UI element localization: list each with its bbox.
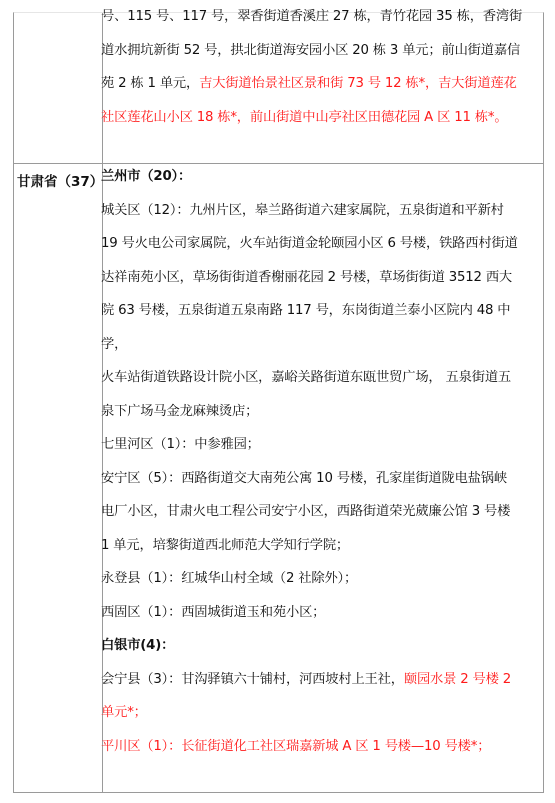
text-line: 1 单元，培黎街道西北师范大学知行学院； — [101, 529, 529, 563]
location-text: 苑 2 栋 1 单元， — [101, 76, 199, 91]
location-text: 安宁区（5）：西路街道交大南苑公寓 10 号楼，孔家崖街道陇电盐锅峡 — [101, 471, 507, 486]
city-heading: 白银市(4)： — [101, 629, 529, 663]
text-line: 七里河区（1）：中参雅园； — [101, 428, 529, 462]
text-line: 院 63 号楼，五泉街道五泉南路 117 号，东岗街道兰泰小区院内 48 中学， — [101, 294, 529, 361]
location-text: 西固区（1）：西固城街道玉和苑小区； — [101, 605, 325, 620]
text-line: 永登县（1）：红城华山村全域（2 社除外）； — [101, 562, 529, 596]
location-text: 火车站街道铁路设计院小区，嘉峪关路街道东瓯世贸广场， 五泉街道五 — [101, 370, 511, 385]
highlighted-location: 吉大街道怡景社区景和街 73 号 12 栋*，吉大街道莲花 — [199, 76, 517, 91]
text-line: 达祥南苑小区，草场街街道香榭丽花园 2 号楼，草场街街道 3512 西大 — [101, 261, 529, 295]
gansu-locations-cell: 兰州市（20）：城关区（12）：九州片区，皋兰路街道六建家属院，五泉街道和平新村… — [101, 160, 529, 763]
text-line: 安宁区（5）：西路街道交大南苑公寓 10 号楼，孔家崖街道陇电盐锅峡 — [101, 462, 529, 496]
text-line: 西固区（1）：西固城街道玉和苑小区； — [101, 596, 529, 630]
location-text: 永登县（1）：红城华山村全域（2 社除外）； — [101, 571, 357, 586]
city-heading: 兰州市（20）： — [101, 160, 529, 194]
text-line: 苑 2 栋 1 单元，吉大街道怡景社区景和街 73 号 12 栋*，吉大街道莲花 — [101, 67, 529, 101]
text-line: 泉下广场马金龙麻辣烫店； — [101, 395, 529, 429]
location-text: 电厂小区，甘肃火电工程公司安宁小区，西路街道荣光葳廉公馆 3 号楼 — [101, 504, 510, 519]
location-text: 泉下广场马金龙麻辣烫店； — [101, 404, 258, 419]
text-line: 19 号火电公司家属院，火车站街道金轮颐园小区 6 号楼，铁路西村街道 — [101, 227, 529, 261]
text-line: 平川区（1）：长征街道化工社区瑞嘉新城 A 区 1 号楼—10 号楼*； — [101, 730, 529, 764]
location-text: 七里河区（1）：中参雅园； — [101, 437, 260, 452]
text-line: 火车站街道铁路设计院小区，嘉峪关路街道东瓯世贸广场， 五泉街道五 — [101, 361, 529, 395]
province-label-gansu: 甘肃省（37） — [17, 170, 103, 190]
location-text: 城关区（12）：九州片区，皋兰路街道六建家属院，五泉街道和平新村 — [101, 203, 504, 218]
location-text: 院 63 号楼，五泉街道五泉南路 117 号，东岗街道兰泰小区院内 48 中学， — [101, 303, 510, 352]
location-text: 达祥南苑小区，草场街街道香榭丽花园 2 号楼，草场街街道 3512 西大 — [101, 270, 512, 285]
location-text: 白银市(4)： — [101, 638, 174, 653]
text-line: 道水拥坑新街 52 号，拱北街道海安园小区 20 栋 3 单元；前山街道嘉信 — [101, 34, 529, 68]
location-text: 19 号火电公司家属院，火车站街道金轮颐园小区 6 号楼，铁路西村街道 — [101, 236, 518, 251]
highlighted-location: 社区莲花山小区 18 栋*，前山街道中山亭社区田德花园 A 区 11 栋*。 — [101, 110, 507, 125]
location-text: 1 单元，培黎街道西北师范大学知行学院； — [101, 538, 349, 553]
highlighted-location: 平川区（1）：长征街道化工社区瑞嘉新城 A 区 1 号楼—10 号楼*； — [101, 739, 490, 754]
location-text: 兰州市（20）： — [101, 169, 191, 184]
text-line: 城关区（12）：九州片区，皋兰路街道六建家属院，五泉街道和平新村 — [101, 194, 529, 228]
text-line: 号、115 号、117 号，翠香街道香溪庄 27 栋，青竹花园 35 栋，香湾街 — [101, 0, 529, 34]
highlighted-location: 单元*； — [101, 705, 147, 720]
text-line: 社区莲花山小区 18 栋*，前山街道中山亭社区田德花园 A 区 11 栋*。 — [101, 101, 529, 135]
location-text: 道水拥坑新街 52 号，拱北街道海安园小区 20 栋 3 单元；前山街道嘉信 — [101, 43, 520, 58]
text-line: 单元*； — [101, 696, 529, 730]
location-text: 号、115 号、117 号，翠香街道香溪庄 27 栋，青竹花园 35 栋，香湾街 — [101, 9, 522, 24]
text-line: 会宁县（3）：甘沟驿镇六十铺村，河西坡村上王社，颐园水景 2 号楼 2 — [101, 663, 529, 697]
text-line: 电厂小区，甘肃火电工程公司安宁小区，西路街道荣光葳廉公馆 3 号楼 — [101, 495, 529, 529]
previous-province-locations-cell: 号、115 号、117 号，翠香街道香溪庄 27 栋，青竹花园 35 栋，香湾街… — [101, 0, 529, 134]
highlighted-location: 颐园水景 2 号楼 2 — [404, 672, 511, 687]
location-text: 会宁县（3）：甘沟驿镇六十铺村，河西坡村上王社， — [101, 672, 404, 687]
